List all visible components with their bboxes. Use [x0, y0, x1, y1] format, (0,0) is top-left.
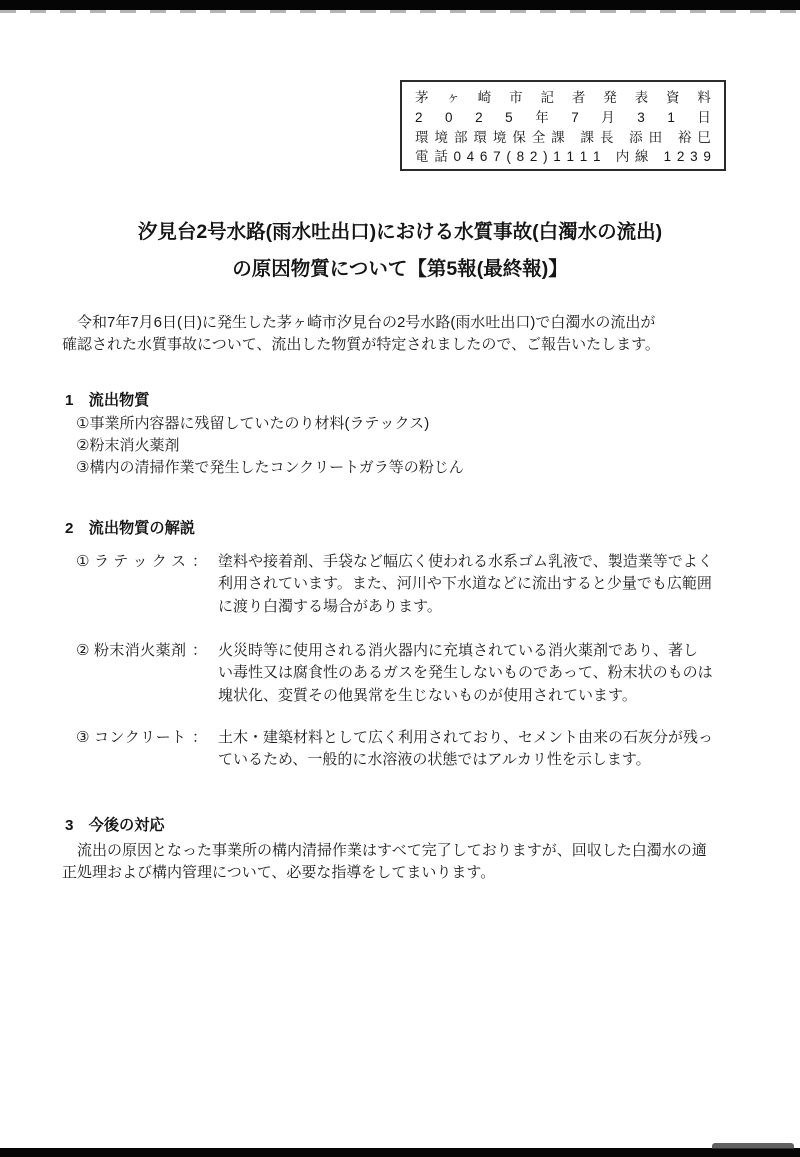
description-line: 土木・建築材料として広く利用されており、セメント由来の石灰分が残っ — [218, 727, 713, 749]
outflow-substance-item-3: ③構内の清掃作業で発生したコンクリートガラ等の粉じん — [76, 457, 464, 479]
press-release-page: 茅ヶ崎市記者発表資料 2025年7月31日 環境部環境保全課 課長 添田 裕巳 … — [0, 0, 800, 1157]
item-term: 粉末消火薬剤 — [94, 640, 186, 662]
scan-edge-bottom-bar — [0, 1148, 800, 1157]
item-term: ラテックス — [94, 551, 186, 573]
intro-line-1: 令和7年7月6日(日)に発生した茅ヶ崎市汐見台の2号水路(雨水吐出口)で白濁水の… — [62, 312, 752, 334]
section-1-heading: 1 流出物質 — [65, 389, 149, 410]
description-line: い毒性又は腐食性のあるガスを発生しないものであって、粉末状のものは — [218, 662, 713, 684]
document-title-line-1: 汐見台2号水路(雨水吐出口)における水質事故(白濁水の流出) — [0, 216, 800, 244]
item-description: 塗料や接着剤、手袋など幅広く使われる水系ゴム乳液で、製造業等でよく 利用されてい… — [218, 551, 713, 618]
section-2-heading: 2 流出物質の解説 — [65, 517, 195, 538]
closing-paragraph: 流出の原因となった事業所の構内清掃作業はすべて完了しておりますが、回収した白濁水… — [62, 840, 752, 884]
section-3-heading: 3 今後の対応 — [65, 814, 165, 835]
description-line: 利用されています。また、河川や下水道などに流出すると少量でも広範囲 — [218, 573, 713, 595]
press-org-line: 茅ヶ崎市記者発表資料 — [415, 88, 711, 108]
closing-line-1: 流出の原因となった事業所の構内清掃作業はすべて完了しておりますが、回収した白濁水… — [62, 840, 752, 862]
item-colon: ： — [192, 551, 207, 573]
press-contact-box: 茅ヶ崎市記者発表資料 2025年7月31日 環境部環境保全課 課長 添田 裕巳 … — [400, 80, 726, 171]
scan-smudge-mark — [712, 1143, 794, 1149]
description-line: 塗料や接着剤、手袋など幅広く使われる水系ゴム乳液で、製造業等でよく — [218, 551, 713, 573]
item-number: ③ — [76, 727, 94, 749]
press-date-line: 2025年7月31日 — [415, 108, 711, 128]
description-line: に渡り白濁する場合があります。 — [218, 596, 713, 618]
item-description: 火災時等に使用される消火器内に充填されている消火薬剤であり、著し い毒性又は腐食… — [218, 640, 713, 707]
explanation-item-latex: ① ラテックス ： 塗料や接着剤、手袋など幅広く使われる水系ゴム乳液で、製造業等… — [76, 551, 713, 618]
item-description: 土木・建築材料として広く利用されており、セメント由来の石灰分が残っ ているため、… — [218, 727, 713, 772]
explanation-item-fire-extinguishing-agent: ② 粉末消火薬剤 ： 火災時等に使用される消火器内に充填されている消火薬剤であり… — [76, 640, 713, 707]
description-line: 塊状化、変質その他異常を生じないものが使用されています。 — [218, 685, 713, 707]
press-department-line: 環境部環境保全課 課長 添田 裕巳 — [415, 128, 711, 148]
item-term: コンクリート — [94, 727, 186, 749]
document-title-line-2: の原因物質について【第5報(最終報)】 — [0, 253, 800, 281]
item-number: ② — [76, 640, 94, 662]
section-1-item-list: ①事業所内容器に残留していたのり材料(ラテックス) ②粉末消火薬剤 ③構内の清掃… — [76, 413, 464, 478]
intro-paragraph: 令和7年7月6日(日)に発生した茅ヶ崎市汐見台の2号水路(雨水吐出口)で白濁水の… — [62, 312, 752, 356]
scan-edge-top-bar — [0, 0, 800, 10]
item-colon: ： — [192, 640, 207, 662]
closing-line-2: 正処理および構内管理について、必要な指導をしてまいります。 — [62, 862, 752, 884]
intro-line-2: 確認された水質事故について、流出した物質が特定されましたので、ご報告いたします。 — [62, 334, 752, 356]
outflow-substance-item-2: ②粉末消火薬剤 — [76, 435, 464, 457]
scan-edge-ragged-line — [0, 10, 800, 13]
item-number: ① — [76, 551, 94, 573]
explanation-item-concrete: ③ コンクリート ： 土木・建築材料として広く利用されており、セメント由来の石灰… — [76, 727, 713, 772]
press-phone-line: 電話0467(82)1111 内線 1239 — [415, 147, 711, 167]
description-line: 火災時等に使用される消火器内に充填されている消火薬剤であり、著し — [218, 640, 713, 662]
item-colon: ： — [192, 727, 207, 749]
description-line: ているため、一般的に水溶液の状態ではアルカリ性を示します。 — [218, 749, 713, 771]
outflow-substance-item-1: ①事業所内容器に残留していたのり材料(ラテックス) — [76, 413, 464, 435]
